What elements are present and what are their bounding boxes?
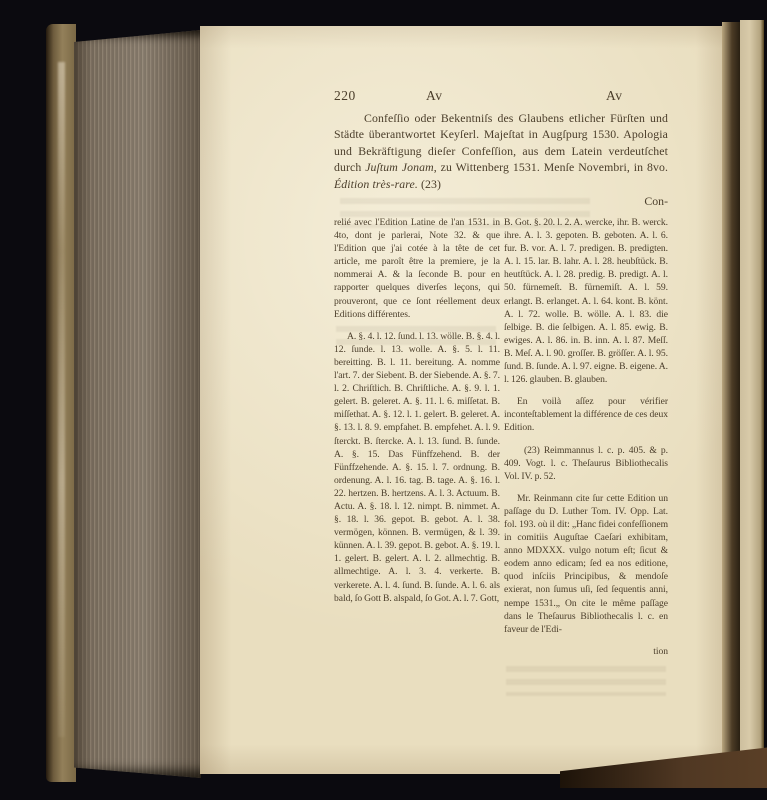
intro-paragraph: Confeſſio oder Bekentniſs des Glaubens e… — [334, 110, 668, 192]
running-header: 220 Av Av — [334, 88, 668, 106]
page-gutter-shadow — [722, 22, 740, 776]
page-catchword: tion — [504, 645, 668, 658]
left-column: relié avec l'Edition Latine de l'an 1531… — [334, 216, 500, 605]
right-col-paragraph-3: Mr. Reinmann cite ſur cette Edition un p… — [504, 492, 668, 636]
facing-page-edge — [740, 20, 764, 776]
book-cover-edge — [46, 24, 76, 782]
right-col-paragraph-2: En voilà aſſez pour vérifier inconteſtab… — [504, 395, 668, 434]
book-fore-edge-pages — [74, 30, 201, 778]
running-header-right: Av — [606, 88, 623, 104]
show-through-smudge — [506, 666, 666, 696]
book-photo: 220 Av Av Confeſſio oder Bekentniſs des … — [0, 0, 767, 800]
right-col-paragraph-1: B. Got. §. 20. l. 2. A. wercke, ihr. B. … — [504, 216, 668, 386]
running-header-left: Av — [426, 88, 443, 104]
page-number: 220 — [334, 88, 356, 104]
page-recto: 220 Av Av Confeſſio oder Bekentniſs des … — [200, 26, 722, 774]
right-column: B. Got. §. 20. l. 2. A. wercke, ihr. B. … — [504, 216, 668, 658]
left-col-paragraph-2: A. §. 4. l. 12. ſund. l. 13. wölle. B. §… — [334, 330, 500, 605]
left-col-paragraph-1: relié avec l'Edition Latine de l'an 1531… — [334, 216, 500, 321]
intro-catchword: Con- — [334, 194, 668, 209]
footnote-23: (23) Reimmannus l. c. p. 405. & p. 409. … — [504, 444, 668, 483]
